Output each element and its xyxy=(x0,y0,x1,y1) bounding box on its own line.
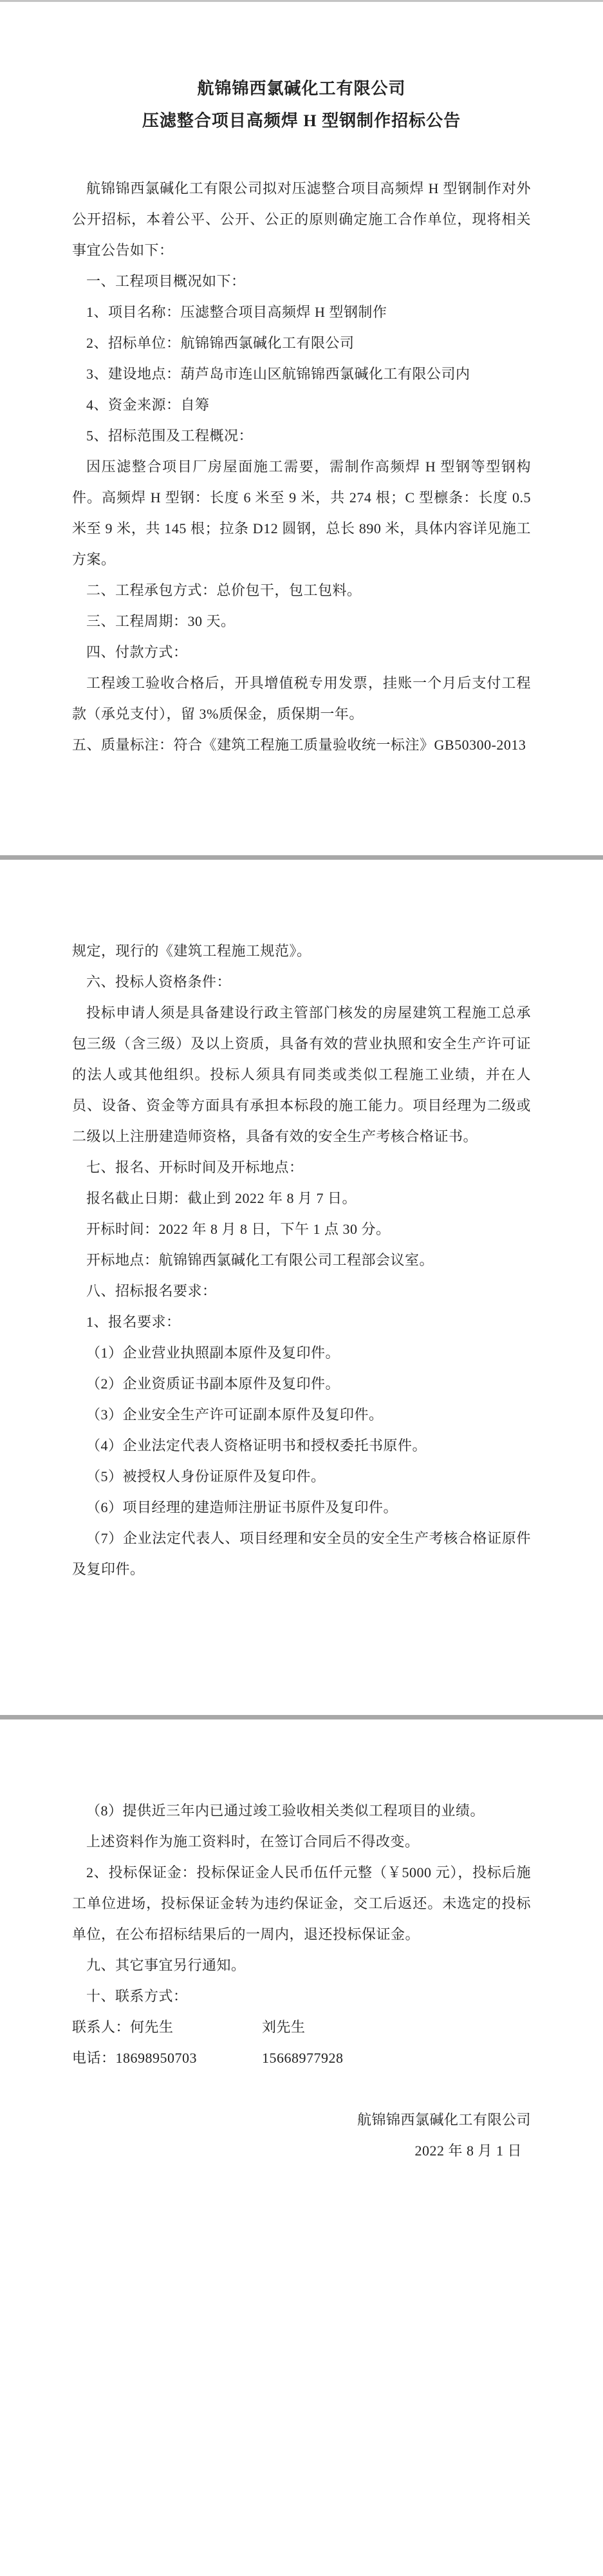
document-title: 压滤整合项目高频焊 H 型钢制作招标公告 xyxy=(72,105,531,137)
page-separator-1 xyxy=(0,855,603,860)
paragraph: 3、建设地点：葫芦岛市连山区航锦锦西氯碱化工有限公司内 xyxy=(72,359,531,390)
paragraph: （1）企业营业执照副本原件及复印件。 xyxy=(72,1338,531,1368)
contact-person-label: 联系人： xyxy=(72,2019,130,2035)
paragraph: 五、质量标注：符合《建筑工程施工质量验收统一标注》GB50300-2013 xyxy=(72,730,531,761)
paragraph: 规定，现行的《建筑工程施工规范》。 xyxy=(72,936,531,967)
paragraph: 四、付款方式： xyxy=(72,637,531,668)
page-2-content: 规定，现行的《建筑工程施工规范》。六、投标人资格条件：投标申请人须是具备建设行政… xyxy=(72,936,531,1585)
signature-company: 航锦锦西氯碱化工有限公司 xyxy=(72,2105,531,2136)
paragraph: 七、报名、开标时间及开标地点： xyxy=(72,1152,531,1183)
paragraph: 2、招标单位：航锦锦西氯碱化工有限公司 xyxy=(72,328,531,359)
paragraph: 1、报名要求： xyxy=(72,1307,531,1338)
page-1-content: 航锦锦西氯碱化工有限公司压滤整合项目高频焊 H 型钢制作招标公告航锦锦西氯碱化工… xyxy=(72,73,531,761)
contact-phone-row: 电话：1869895070315668977928 xyxy=(72,2043,531,2074)
paragraph: （8）提供近三年内已通过竣工验收相关类似工程项目的业绩。 xyxy=(72,1795,531,1826)
paragraph: 八、招标报名要求： xyxy=(72,1276,531,1307)
paragraph: 报名截止日期：截止到 2022 年 8 月 7 日。 xyxy=(72,1183,531,1214)
page-separator-2 xyxy=(0,1715,603,1719)
paragraph: 十、联系方式： xyxy=(72,1981,531,2012)
paragraph: 三、工程周期：30 天。 xyxy=(72,606,531,637)
paragraph: 上述资料作为施工资料时，在签订合同后不得改变。 xyxy=(72,1826,531,1857)
document-page-2: 规定，现行的《建筑工程施工规范》。六、投标人资格条件：投标申请人须是具备建设行政… xyxy=(0,860,603,1715)
paragraph: 九、其它事宜另行通知。 xyxy=(72,1950,531,1981)
contact-person-2: 刘先生 xyxy=(262,2019,306,2035)
signature-date: 2022 年 8 月 1 日 xyxy=(72,2136,531,2166)
paragraph: 2、投标保证金：投标保证金人民币伍仟元整（￥5000 元），投标后施工单位进场，… xyxy=(72,1857,531,1950)
paragraph: （4）企业法定代表人资格证明书和授权委托书原件。 xyxy=(72,1430,531,1461)
paragraph: 开标时间：2022 年 8 月 8 日，下午 1 点 30 分。 xyxy=(72,1214,531,1245)
contact-phone-2: 15668977928 xyxy=(262,2050,344,2066)
contact-phone-label: 电话： xyxy=(72,2050,116,2066)
paragraph: 4、资金来源：自筹 xyxy=(72,390,531,421)
paragraph: 投标申请人须是具备建设行政主管部门核发的房屋建筑工程施工总承包三级（含三级）及以… xyxy=(72,998,531,1152)
paragraph: 因压滤整合项目厂房屋面施工需要，需制作高频焊 H 型钢等型钢构件。高频焊 H 型… xyxy=(72,451,531,575)
paragraph: （5）被授权人身份证原件及复印件。 xyxy=(72,1461,531,1492)
paragraph: （3）企业安全生产许可证副本原件及复印件。 xyxy=(72,1399,531,1430)
paragraph: 六、投标人资格条件： xyxy=(72,967,531,998)
document-page-3: （8）提供近三年内已通过竣工验收相关类似工程项目的业绩。上述资料作为施工资料时，… xyxy=(0,1719,603,2576)
paragraph: 1、项目名称：压滤整合项目高频焊 H 型钢制作 xyxy=(72,297,531,328)
contact-person-col1: 联系人：何先生 xyxy=(72,2012,262,2043)
paragraph: （7）企业法定代表人、项目经理和安全员的安全生产考核合格证原件及复印件。 xyxy=(72,1523,531,1585)
paragraph: 航锦锦西氯碱化工有限公司拟对压滤整合项目高频焊 H 型钢制作对外公开招标，本着公… xyxy=(72,173,531,266)
paragraph: （2）企业资质证书副本原件及复印件。 xyxy=(72,1368,531,1399)
paragraph: 5、招标范围及工程概况： xyxy=(72,421,531,451)
contact-phone-1: 18698950703 xyxy=(116,2050,198,2066)
paragraph: 二、工程承包方式：总价包干，包工包料。 xyxy=(72,575,531,606)
document-title: 航锦锦西氯碱化工有限公司 xyxy=(72,73,531,105)
paragraph: （6）项目经理的建造师注册证书原件及复印件。 xyxy=(72,1492,531,1523)
contact-person-1: 何先生 xyxy=(130,2019,174,2035)
paragraph: 工程竣工验收合格后，开具增值税专用发票，挂账一个月后支付工程款（承兑支付），留 … xyxy=(72,668,531,730)
paragraph: 一、工程项目概况如下： xyxy=(72,266,531,297)
contact-phone-col1: 电话：18698950703 xyxy=(72,2043,262,2074)
document-page-1: 航锦锦西氯碱化工有限公司压滤整合项目高频焊 H 型钢制作招标公告航锦锦西氯碱化工… xyxy=(0,2,603,855)
page-3-content: （8）提供近三年内已通过竣工验收相关类似工程项目的业绩。上述资料作为施工资料时，… xyxy=(72,1795,531,2012)
contact-person-row: 联系人：何先生刘先生 xyxy=(72,2012,531,2043)
paragraph: 开标地点：航锦锦西氯碱化工有限公司工程部会议室。 xyxy=(72,1245,531,1276)
